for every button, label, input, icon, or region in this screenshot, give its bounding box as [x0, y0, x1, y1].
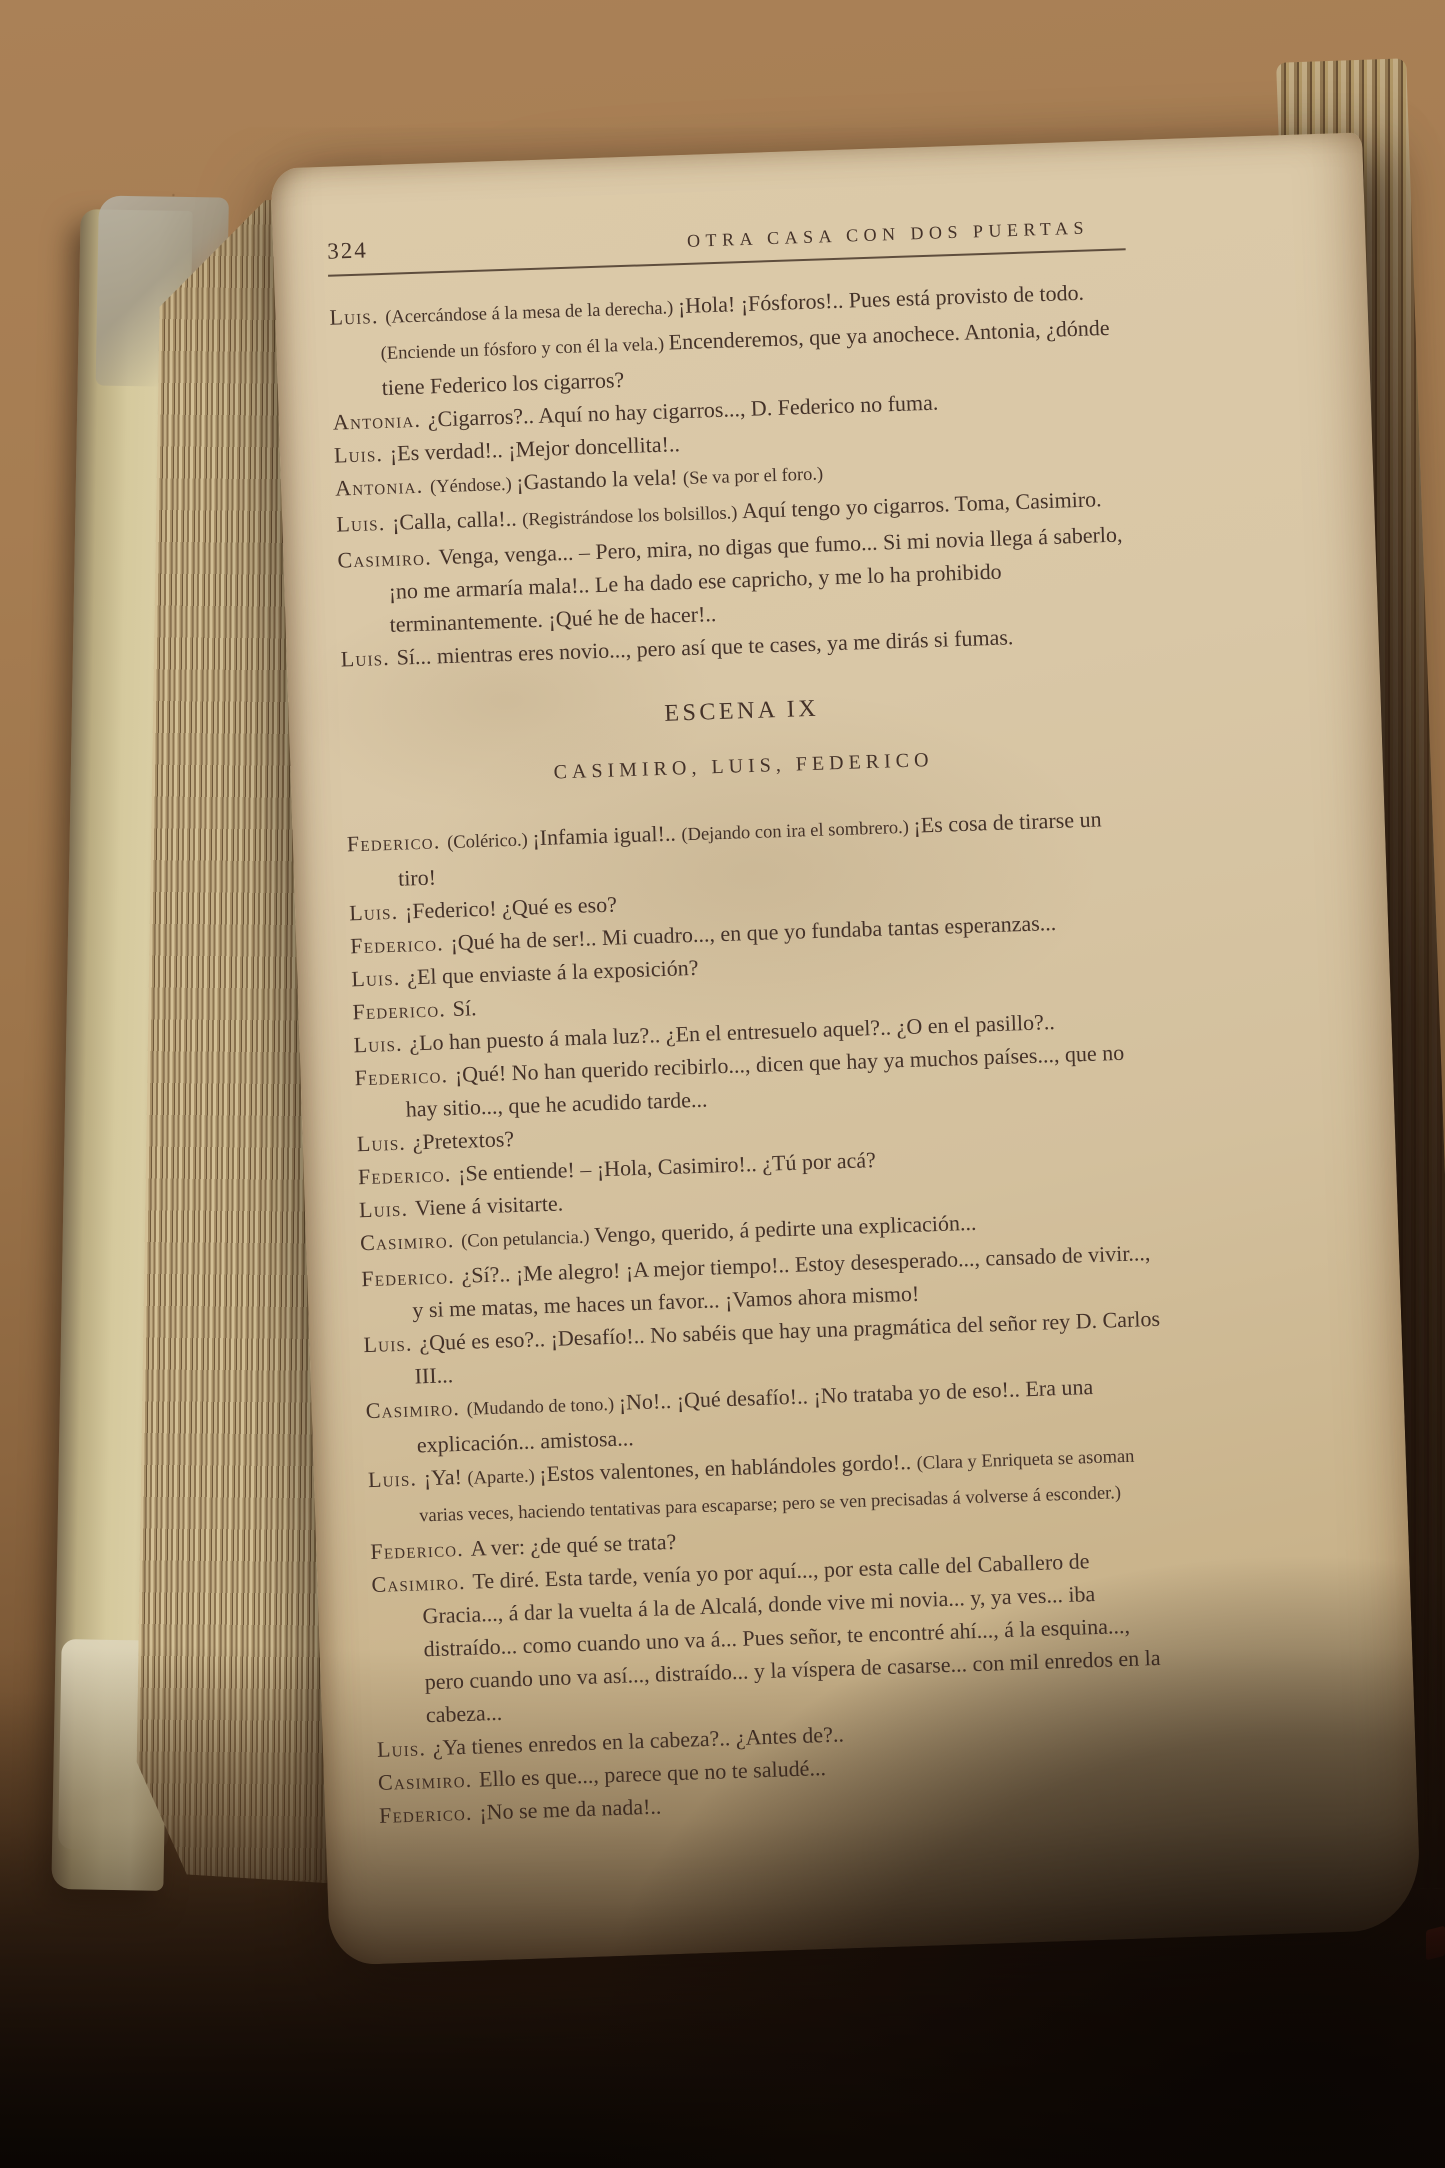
dialogue-text: Sí. — [452, 995, 477, 1021]
dialogue-text: ¿Pretextos? — [412, 1126, 514, 1154]
dialogue-text: ¡No se me da nada!.. — [479, 1794, 662, 1825]
speaker-name: Luis. — [349, 899, 406, 926]
page-content: 324 OTRA CASA CON DOS PUERTAS Luis. (Ace… — [270, 132, 1421, 1965]
speaker-name: Casimiro. — [371, 1569, 473, 1597]
speaker-name: Luis. — [363, 1330, 420, 1357]
dialogue-line: Casimiro. Te diré. Esta tarde, venía yo … — [371, 1542, 1174, 1733]
speaker-name: Casimiro. — [378, 1767, 480, 1795]
speaker-name: Luis. — [356, 1129, 413, 1156]
speaker-name: Casimiro. — [337, 544, 439, 572]
dialogue-text: ¡Federico! ¿Qué es eso? — [405, 892, 618, 924]
red-cover-edge — [1426, 1926, 1445, 1961]
speaker-name: Luis. — [351, 965, 408, 992]
stage-direction: (Con petulancia.) — [461, 1227, 595, 1251]
dialogue-text: Viene á visitarte. — [414, 1190, 563, 1220]
open-book-page: 324 OTRA CASA CON DOS PUERTAS Luis. (Ace… — [270, 132, 1421, 1965]
speaker-name: Luis. — [359, 1195, 416, 1222]
dialogue-text: ¡Hola! ¡Fósforos!.. Pues está provisto d… — [677, 280, 1084, 318]
dialogue-text: ¿El que enviaste á la exposición? — [407, 955, 699, 990]
speaker-name: Federico. — [347, 828, 448, 856]
running-header: OTRA CASA CON DOS PUERTAS — [687, 218, 1090, 252]
dialogue-top: Luis. (Acercándose á la mesa de la derec… — [329, 274, 1139, 675]
speaker-name: Federico. — [354, 1062, 455, 1090]
stage-direction: (Colérico.) — [447, 830, 533, 853]
dialogue-bottom: Federico. (Colérico.) ¡Infamia igual!.. … — [346, 801, 1177, 1832]
dialogue-text: ¡Calla, calla!.. — [392, 505, 523, 534]
stage-direction: (Yéndose.) — [430, 475, 517, 498]
stage-direction: (Acercándose á la mesa de la derecha.) — [385, 298, 678, 328]
speaker-name: Federico. — [352, 996, 453, 1024]
dialogue-text: Aquí tengo yo cigarros. Toma, Casimiro. — [742, 486, 1102, 523]
speaker-name: Luis. — [353, 1030, 410, 1057]
speaker-name: Federico. — [379, 1800, 480, 1828]
dialogue-text: Te diré. Esta tarde, venía yo por aquí..… — [422, 1548, 1161, 1727]
stage-direction: (Se va por el foro.) — [683, 464, 824, 489]
scene-heading: ESCENA IX — [343, 685, 1141, 738]
dialogue-text: ¡Gastando la vela! — [516, 464, 684, 495]
speaker-name: Luis. — [368, 1465, 425, 1492]
speaker-name: Luis. — [340, 645, 397, 672]
page-header: 324 OTRA CASA CON DOS PUERTAS — [327, 212, 1126, 272]
stage-direction: (Mudando de tono.) — [466, 1395, 619, 1420]
speaker-name: Luis. — [336, 510, 393, 537]
speaker-name: Federico. — [350, 930, 451, 958]
speaker-name: Federico. — [370, 1536, 471, 1564]
book-photo: 324 OTRA CASA CON DOS PUERTAS Luis. (Ace… — [0, 0, 1445, 2168]
stage-direction: (Aparte.) — [467, 1466, 540, 1488]
stage-direction: (Enciende un fósforo y con él la vela.) — [380, 334, 669, 364]
stage-direction: (Dejando con ira el sombrero.) — [681, 818, 914, 846]
dialogue-text: A ver: ¿de qué se trata? — [470, 1529, 677, 1561]
scene-characters: CASIMIRO, LUIS, FEDERICO — [344, 742, 1142, 791]
speaker-name: Antonia. — [333, 407, 429, 435]
dialogue-text: ¡Infamia igual!.. — [532, 820, 682, 850]
speaker-name: Luis. — [377, 1735, 434, 1762]
speaker-name: Luis. — [334, 441, 391, 468]
speaker-name: Federico. — [358, 1161, 459, 1189]
speaker-name: Antonia. — [335, 472, 431, 500]
speaker-name: Casimiro. — [360, 1227, 462, 1255]
speaker-name: Federico. — [361, 1263, 462, 1291]
dialogue-text: ¡Ya! — [423, 1464, 467, 1490]
stage-direction: (Registrándose los bolsillos.) — [522, 503, 742, 530]
speaker-name: Luis. — [329, 303, 386, 330]
page-number: 324 — [327, 237, 368, 264]
speaker-name: Casimiro. — [365, 1395, 467, 1423]
dialogue-text: ¡Estos valentones, en hablándoles gordo!… — [539, 1449, 917, 1487]
